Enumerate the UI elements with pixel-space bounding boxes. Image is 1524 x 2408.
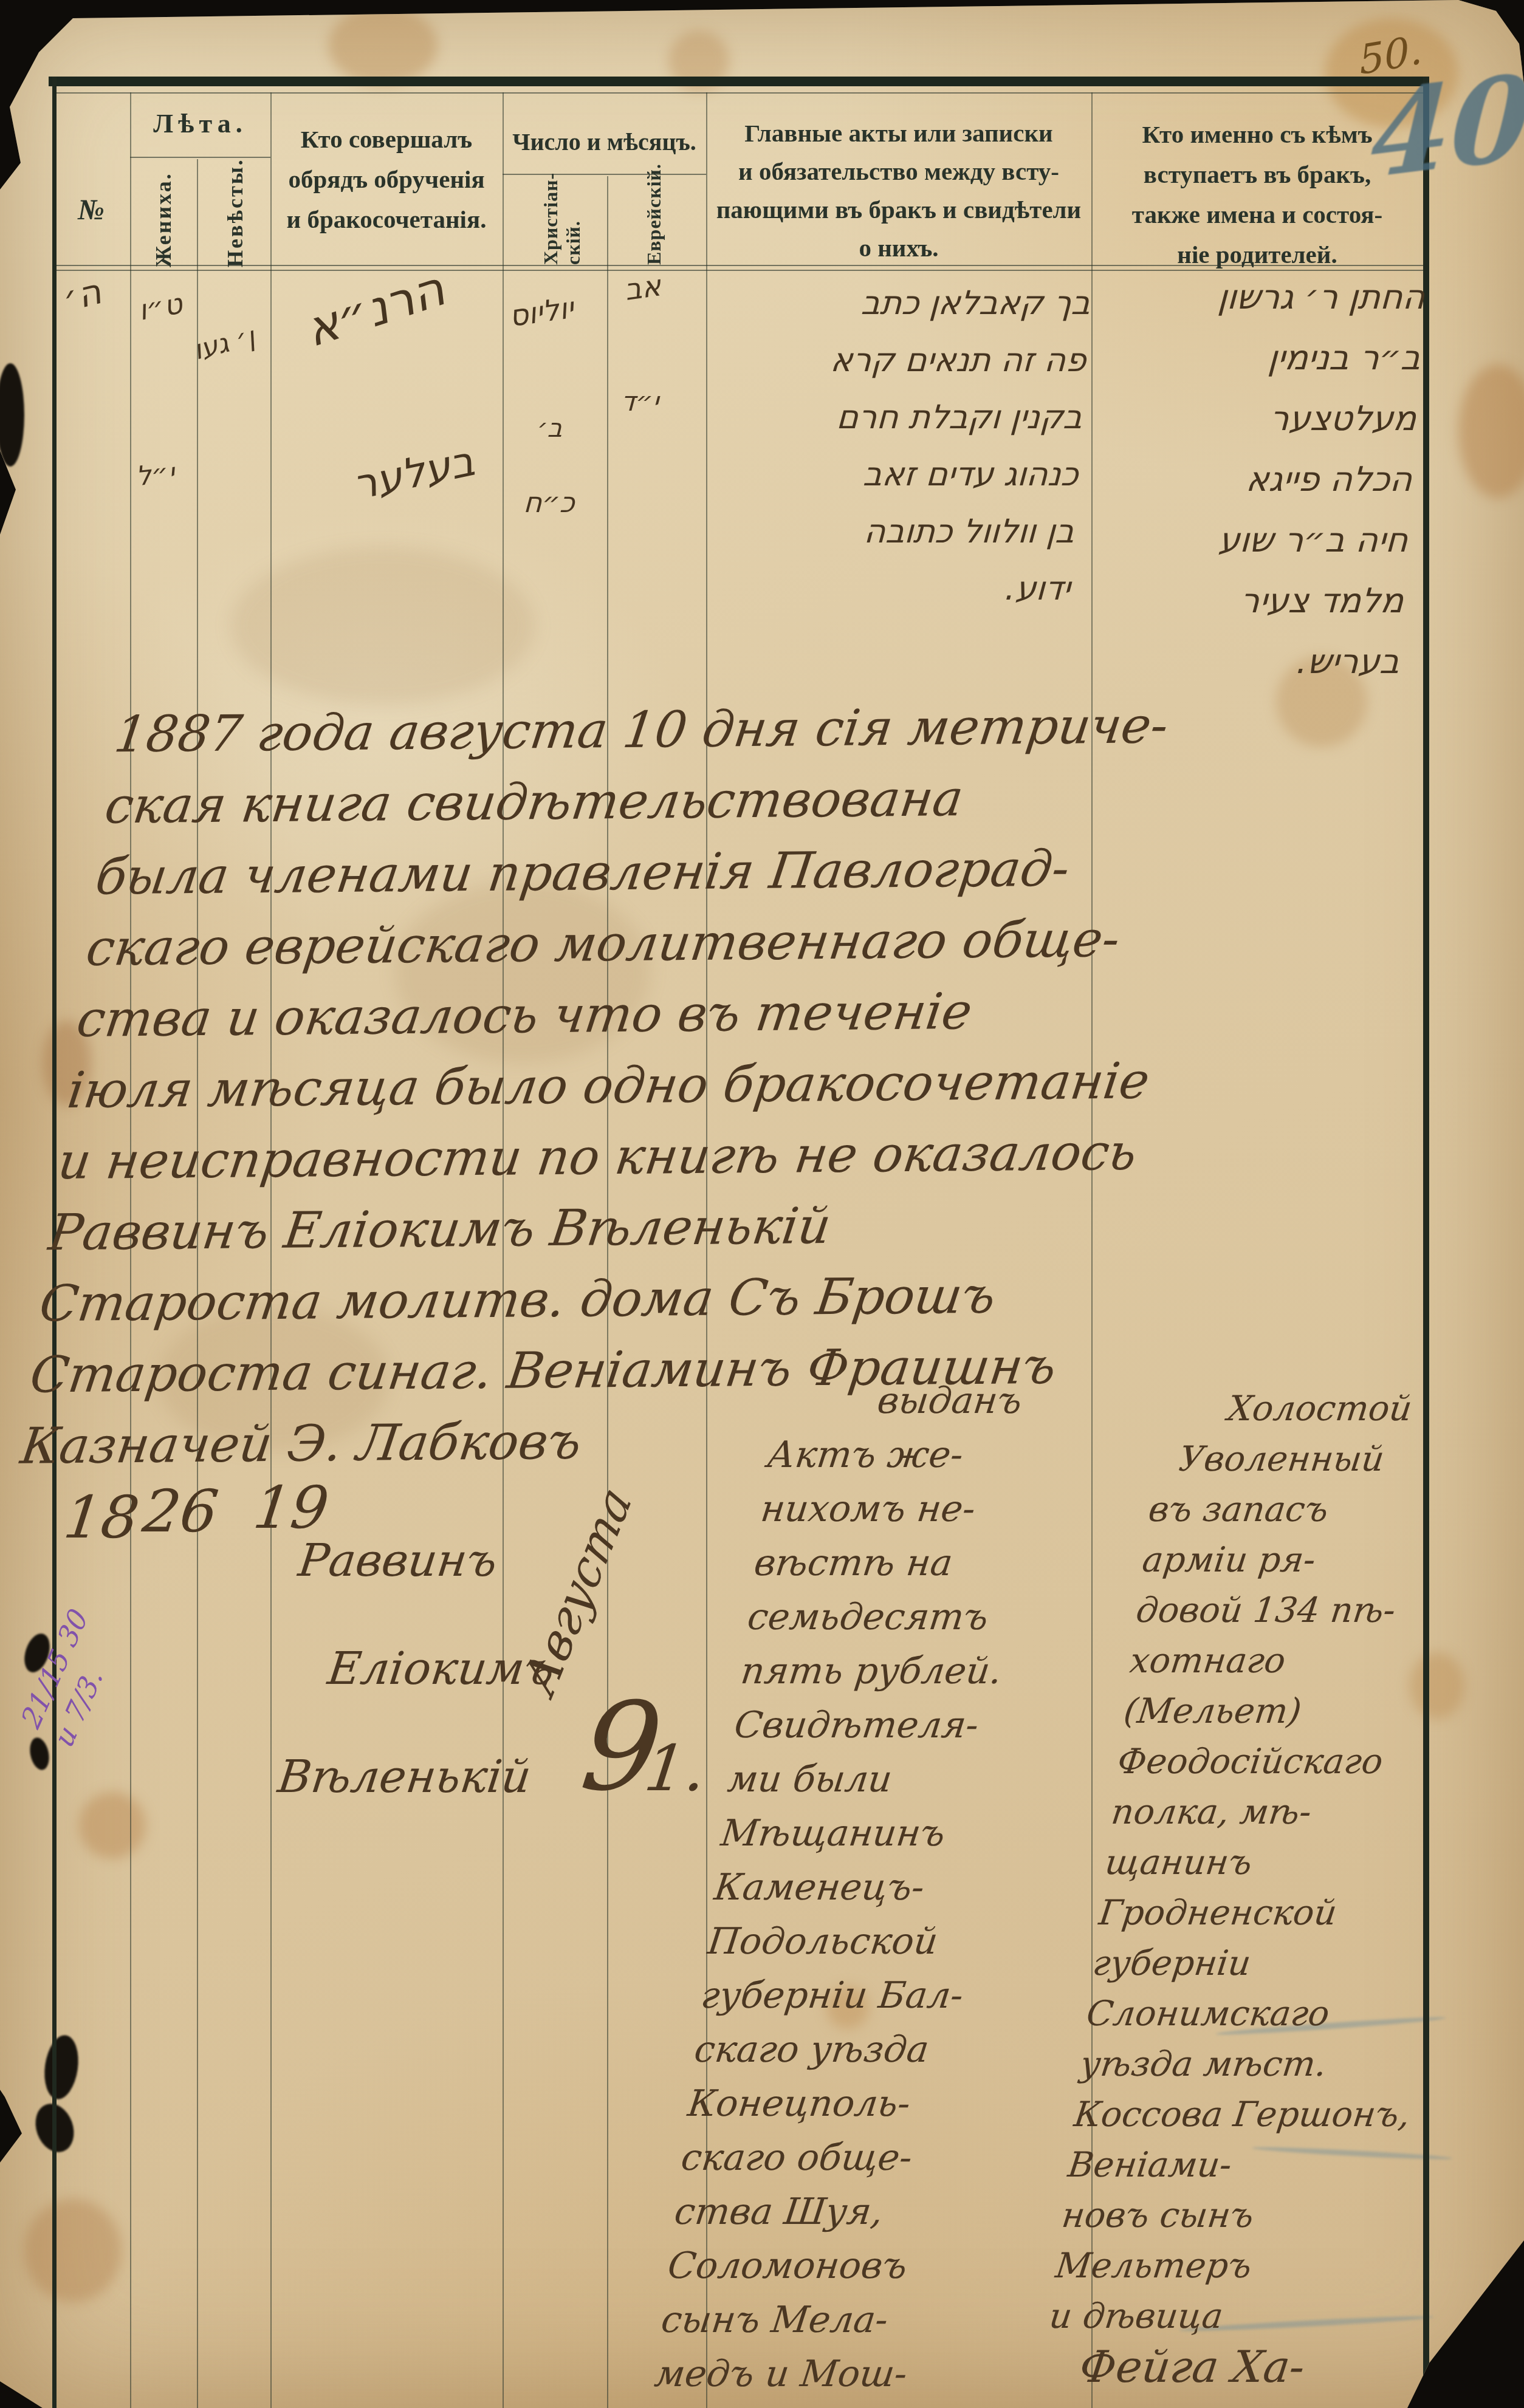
handwriting-line: довой 134 пѣ- xyxy=(1133,1585,1455,1636)
header-number-col: № xyxy=(52,193,130,227)
attestation-text: 1887 года августа 10 дня сія метриче-ска… xyxy=(16,687,1499,1482)
paper-stain xyxy=(79,1792,146,1859)
handwriting-line: Фейга Ха- xyxy=(1040,2342,1362,2392)
handwriting-line: губерніи xyxy=(1090,1938,1412,1989)
hebrew-christian-date-mark-3: כ״ח xyxy=(523,486,576,519)
handwriting-line: Раввинъ xyxy=(292,1507,524,1615)
hebrew-who-entry: החתן ר׳ גרשוןב״ר בנימיןמעלטצערהכלה פייגא… xyxy=(1086,267,1427,693)
handwriting-line: и неисправности по книгѣ не оказалось xyxy=(54,1114,1443,1197)
handwriting-line: медъ и Мош- xyxy=(651,2347,1029,2401)
handwriting-line: בן וולוול כתובה xyxy=(709,503,1077,560)
handwriting-line: пять рублей. xyxy=(738,1644,1115,1698)
years-subheader-rule xyxy=(130,157,270,158)
handwriting-line: ми были xyxy=(724,1753,1102,1807)
header-acts-col: Главные акты или записки и обязательство… xyxy=(712,114,1085,267)
handwriting-line: Каменецъ- xyxy=(712,1861,1089,1915)
paper-stain xyxy=(328,6,438,85)
handwriting-line: ства и оказалось что въ теченіе xyxy=(73,972,1461,1055)
handwriting-line: Актъ же- xyxy=(764,1428,1142,1482)
handwriting-line: выданъ xyxy=(771,1374,1148,1428)
hebrew-officiant-signature: הרנ״א xyxy=(298,260,451,358)
handwriting-line: скаго уѣзда xyxy=(692,2023,1069,2077)
handwriting-line: губерніи Бал- xyxy=(698,1969,1076,2023)
header-line: и бракосочетанія. xyxy=(276,199,496,239)
handwriting-line: (Мельет) xyxy=(1121,1686,1443,1737)
handwriting-line: Уволенный xyxy=(1152,1434,1474,1485)
hebrew-groom-age-mark: ט״ו xyxy=(136,287,185,327)
header-line: о нихъ. xyxy=(712,229,1085,267)
handwriting-line: Еліокимъ xyxy=(321,1615,511,1723)
handwriting-line: Подольской xyxy=(705,1915,1082,1969)
handwriting-line: Мѣщанинъ xyxy=(718,1807,1095,1861)
header-line: обрядъ обрученія xyxy=(276,159,496,199)
handwriting-line: החתן ר׳ גרשון xyxy=(1111,267,1427,328)
handwriting-line: сынъ Мела- xyxy=(658,2293,1035,2347)
handwriting-line: Свидѣтеля- xyxy=(731,1698,1108,1753)
margin-note: 21/15 30и 7/3. xyxy=(13,1602,129,1754)
handwriting-line: Слонимскаго xyxy=(1083,1989,1406,2039)
christian-month-value: Августа xyxy=(514,1477,642,1704)
handwriting-line: Коссова Гершонъ, xyxy=(1071,2090,1393,2140)
handwriting-line: מלמד צעיר xyxy=(1091,571,1406,632)
handwriting-line: арміи ря- xyxy=(1139,1535,1461,1585)
paper-sheet: № Лѣта. Жениха. Невѣсты. Кто совершалъ о… xyxy=(0,0,1524,2408)
table-top-inner-rule xyxy=(52,92,1426,94)
hebrew-number-mark: ה׳ xyxy=(59,271,106,320)
header-christian-date-col: Христіан-скій. xyxy=(540,180,585,265)
handwriting-line: Веніами- xyxy=(1065,2140,1387,2191)
handwriting-line: и дѣвица xyxy=(1046,2291,1368,2342)
handwriting-line: скаго обще- xyxy=(678,2131,1055,2185)
paper-tear xyxy=(0,363,24,467)
officiant-name: РаввинъЕліокимъВѣленькій xyxy=(266,1507,524,1831)
handwriting-line: ская книга свидѣтельствована xyxy=(101,758,1489,841)
hebrew-officiant-signature-2: בעלער xyxy=(349,437,479,510)
handwriting-line: בקנין וקבלת חרם xyxy=(717,389,1085,446)
entry-number: 18 xyxy=(60,1483,143,1551)
header-date-group: Число и мѣсяцъ. xyxy=(503,128,706,156)
paper-hole xyxy=(27,1736,52,1771)
table-top-border xyxy=(49,77,1429,86)
handwriting-line: Соломоновъ xyxy=(665,2239,1042,2293)
paper-stain xyxy=(1458,364,1524,498)
handwriting-line: ב״ר בנימין xyxy=(1107,328,1423,389)
handwriting-line: хотнаго xyxy=(1127,1636,1449,1686)
handwriting-line: בעריש. xyxy=(1086,632,1402,693)
handwriting-line: была членами правленія Павлоград- xyxy=(92,830,1480,913)
handwriting-line: Староста молитв. дома Съ Брошъ xyxy=(35,1256,1424,1339)
handwriting-line: Феодосійскаго xyxy=(1114,1737,1436,1787)
handwriting-line: уѣзда мѣст. xyxy=(1077,2039,1399,2090)
handwriting-line: іюля мѣсяца было одно бракосочетаніе xyxy=(63,1043,1452,1126)
handwriting-line: Гродненской xyxy=(1096,1888,1418,1938)
handwriting-line: скаго еврейскаго молитвеннаго обще- xyxy=(82,901,1471,984)
header-line: Кто совершалъ xyxy=(276,119,496,159)
header-line: Кто именно съ кѣмъ xyxy=(1097,114,1417,154)
groom-age-value: 26 xyxy=(139,1477,222,1545)
hebrew-jewish-date-mark-2: י״ד xyxy=(620,386,660,417)
header-bride-age-col: Невѣсты. xyxy=(222,163,248,267)
header-jewish-date-col: Еврейскій. xyxy=(643,180,665,265)
handwriting-line: вѣстѣ на xyxy=(751,1536,1128,1590)
handwriting-line: Мельтеръ xyxy=(1052,2241,1375,2291)
handwriting-line: חיה ב״ר שוע xyxy=(1095,510,1410,571)
handwriting-line: ства Шуя, xyxy=(671,2185,1049,2239)
handwriting-line: полка, мѣ- xyxy=(1108,1787,1430,1838)
header-line: Главные акты или записки xyxy=(712,114,1085,152)
handwriting-line: פה זה תנאים קרא xyxy=(721,332,1089,389)
header-line: пающими въ бракъ и свидѣтели xyxy=(712,191,1085,229)
handwriting-line: въ запасъ xyxy=(1145,1485,1467,1535)
hebrew-christian-date-mark: יוליוס xyxy=(507,291,576,333)
handwriting-line: Раввинъ Еліокимъ Вѣленькій xyxy=(44,1185,1433,1268)
hebrew-acts-entry: בך קאבלאן כתבפה זה תנאים קראבקנין וקבלת … xyxy=(705,275,1092,617)
handwriting-line: 1887 года августа 10 дня сія метриче- xyxy=(110,687,1498,770)
handwriting-line: семьдесятъ xyxy=(744,1590,1122,1644)
header-officiant-col: Кто совершалъ обрядъ обрученія и бракосо… xyxy=(276,119,496,239)
bleedthrough-mark xyxy=(231,547,535,705)
handwriting-line: מעלטצער xyxy=(1103,389,1418,450)
header-years-group: Лѣта. xyxy=(130,108,270,139)
header-groom-age-col: Жениха. xyxy=(151,165,176,267)
handwriting-line: Конецполь- xyxy=(685,2077,1062,2131)
handwriting-line: בך קאבלאן כתב xyxy=(725,275,1093,332)
handwriting-line: Вѣленькій xyxy=(272,1723,498,1831)
handwriting-line: Холостой xyxy=(1158,1384,1480,1434)
handwriting-line: нихомъ не- xyxy=(758,1482,1135,1536)
hebrew-groom-age-mark-2: י״ל xyxy=(135,457,176,492)
hebrew-christian-date-mark-2: ב׳ xyxy=(536,413,563,443)
date-subheader-rule xyxy=(503,174,706,175)
handwriting-line: новъ сынъ xyxy=(1059,2191,1381,2241)
handwriting-line: ידוע. xyxy=(705,560,1073,617)
paper-stain xyxy=(24,2199,122,2302)
crayon-page-number: 40 xyxy=(1368,47,1524,204)
handwriting-line: щанинъ xyxy=(1102,1838,1424,1888)
scanned-register-page: № Лѣта. Жениха. Невѣсты. Кто совершалъ о… xyxy=(0,0,1524,2408)
header-line: и обязательство между всту- xyxy=(712,152,1085,191)
handwriting-line: הכלה פייגא xyxy=(1099,450,1415,510)
hebrew-bride-age-mark: ן׳ געו xyxy=(190,321,258,366)
jewish-day-value: 1. xyxy=(641,1731,710,1805)
handwriting-line: כנהוג עדים זאב xyxy=(713,446,1080,503)
hebrew-jewish-date-mark: אב xyxy=(622,269,663,307)
paper-hole xyxy=(41,2033,82,2101)
